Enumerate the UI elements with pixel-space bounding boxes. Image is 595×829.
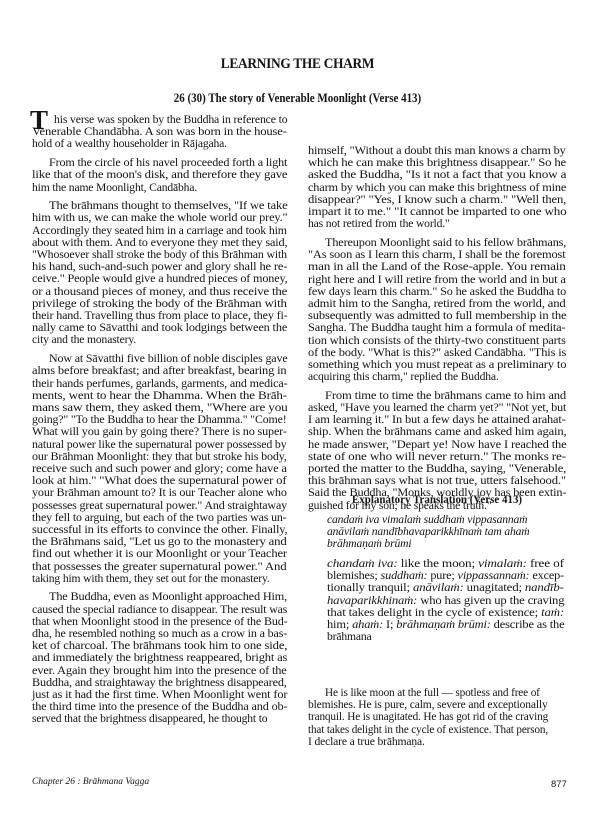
story-subtitle: 26 (30) The story of Venerable Moonlight…: [30, 91, 566, 106]
text-line: has not retired from the world.": [308, 218, 450, 230]
text-line: alms before breakfast; and after breakfa…: [32, 365, 287, 377]
text-line: "Whosoever shall stroke the body of this…: [32, 249, 287, 261]
text-line: ket of charcoal. The brāhmans took him t…: [32, 640, 287, 652]
verse-line: anāvilaṁ nandībhavaparikkhīnaṁ tam ahaṁ: [327, 526, 530, 538]
text-line: just as it had the first time. When Moon…: [32, 689, 287, 701]
gloss-text: him;: [327, 618, 352, 631]
gloss-text: pure;: [427, 569, 457, 582]
text-line: "As soon as I learn this charm, I shall …: [308, 249, 566, 261]
text-line: state of one who will never return." The…: [308, 451, 566, 463]
text-line: hold of a wealthy householder in Rājagah…: [32, 138, 227, 150]
text-line: dha, he resembled nothing so much as a c…: [32, 628, 287, 640]
text-line: Buddha, and straightaway the brightness …: [32, 677, 287, 689]
page-number: 877: [551, 779, 567, 790]
text-line: successful in its efforts to convince th…: [32, 524, 287, 536]
text-line: nally came to Sāvatthi and took lodgings…: [32, 322, 287, 334]
gloss-text: unagitated;: [464, 581, 525, 594]
text-line: city and the monastery.: [32, 334, 136, 346]
text-line: possesses great supernatural power." And…: [32, 500, 287, 512]
text-line: receive such and such power and glory; c…: [32, 463, 287, 475]
summary-line: tranquil. He is unagitated. He has got r…: [308, 711, 548, 723]
summary-line: that takes delight in the cycle of exist…: [308, 724, 548, 736]
glossary-line: tionally tranquil; anāvilaṁ: unagitated;…: [327, 582, 564, 594]
glossary-line: chandaṁ iva: like the moon; vimalaṁ: fre…: [327, 558, 564, 570]
text-line: that when Moonlight stood in the presenc…: [32, 616, 287, 628]
text-line: The brāhmans thought to themselves, "If …: [49, 200, 288, 212]
pali-term: anāvilaṁ:: [413, 581, 464, 594]
text-line: their hand. Travelling thus from place t…: [32, 310, 288, 322]
text-line: about with them. And to everyone they me…: [32, 237, 287, 249]
text-line: impart it to me." "It cannot be imparted…: [308, 206, 567, 218]
text-line: acquiring this charm," replied the Buddh…: [308, 371, 499, 383]
glossary-line: him; ahaṁ: I; brāhmaṇaṁ brūmi: describe …: [327, 619, 564, 631]
text-line: served that the brightness disappeared, …: [32, 713, 267, 725]
text-line: they fell to arguing, but each of the tw…: [32, 512, 286, 524]
glossary-line: havaparikkhinaṁ: who has given up the cr…: [327, 595, 564, 607]
text-line: caused the special radiance to disappear…: [32, 604, 287, 616]
summary-line: blemishes. He is pure, calm, severe and …: [308, 699, 548, 711]
text-line: your Brāhman amount to? It is our Teache…: [32, 487, 287, 499]
document-page: LEARNING THE CHARM 26 (30) The story of …: [0, 0, 595, 829]
glossary-line: brāhmana: [327, 631, 372, 643]
gloss-text: like the moon;: [398, 557, 479, 570]
text-line: admit him to the Sangha, retired from th…: [308, 298, 566, 310]
page-title: LEARNING THE CHARM: [24, 56, 571, 73]
gloss-text: excep-: [529, 569, 563, 582]
text-line: I am learning it." In but a few days he …: [308, 414, 566, 426]
gloss-text: blemishes;: [327, 569, 381, 582]
text-line: Venerable Chandābha. A son was born in t…: [32, 126, 287, 138]
pali-term: vimalaṁ:: [478, 557, 527, 570]
pali-term: havaparikkhinaṁ:: [327, 594, 417, 607]
text-line: ever. Again they brought him into the pr…: [32, 665, 287, 677]
text-line: man in all the Land of the Rose-apple. Y…: [308, 261, 566, 273]
text-line: Now at Sāvatthi five billion of noble di…: [49, 353, 287, 365]
gloss-text: free of: [527, 557, 564, 570]
text-line: What will you gain by going there? There…: [32, 426, 287, 438]
text-line: himself, "Without a doubt this man knows…: [308, 145, 566, 157]
text-line: From the circle of his navel proceeded f…: [49, 157, 287, 169]
text-line: ported the matter to the Buddha, saying,…: [308, 463, 566, 475]
text-line: subsequently was admitted to full member…: [308, 310, 566, 322]
text-line: going?" "To the Buddha to hear the Dhamm…: [32, 414, 287, 426]
text-line: ments, went to hear the Dhamma. When the…: [32, 390, 287, 402]
verse-line: brāhmaṇaṁ brūmi: [327, 538, 411, 550]
text-line: right here and I will retire from the wo…: [308, 274, 566, 286]
pali-term: taṁ:: [541, 606, 564, 619]
text-line: him the name Moonlight, Candābha.: [32, 182, 197, 194]
text-line: ship. When the brāhmans came and asked h…: [308, 426, 566, 438]
text-line: find out whether it is our Moonlight or …: [32, 548, 287, 560]
text-line: Sangha. The Buddha taught him a formula …: [308, 322, 565, 334]
text-line: Thereupon Moonlight said to his fellow b…: [325, 237, 566, 249]
text-line: this brāhman says what is not true, utte…: [308, 475, 566, 487]
gloss-text: describe as the: [491, 618, 565, 631]
text-line: charm by which you can make this brightn…: [308, 182, 566, 194]
text-line: their hands perfumes, garlands, garments…: [32, 378, 287, 390]
text-line: him with us, we can make the whole world…: [32, 212, 287, 224]
pali-term: ahaṁ:: [352, 618, 383, 631]
pali-term: suddhaṁ:: [381, 569, 428, 582]
text-line: few days learn this charm." So he asked …: [308, 286, 566, 298]
text-line: something which you must repeat as a pre…: [308, 359, 566, 371]
text-line: asked, "Have you learned the charm yet?"…: [308, 402, 566, 414]
gloss-text: who has given up the craving: [417, 594, 564, 607]
pali-term: chandaṁ iva:: [327, 557, 398, 570]
text-line: his hand, such-and-such power and glory …: [32, 261, 287, 273]
pali-term: brāhmaṇaṁ brūmi:: [396, 618, 490, 631]
text-line: like that of the moon's disk, and theref…: [32, 169, 287, 181]
text-line: look at him." "What does the supernatura…: [32, 475, 286, 487]
text-line: ceive." People would give a hundred piec…: [32, 273, 287, 285]
text-line: privilege of stroking the body of the Br…: [32, 298, 287, 310]
text-line: The Buddha, even as Moonlight approached…: [49, 591, 287, 603]
chapter-footer: Chapter 26 : Brāhmana Vagga: [32, 777, 149, 787]
gloss-text: I;: [383, 618, 396, 631]
text-line: and immediately the brightness reappeare…: [32, 652, 287, 664]
text-line: or a thousand pieces of money, and thus …: [32, 286, 287, 298]
verse-line: candaṁ iva vimalaṁ suddhaṁ vippasannaṁ: [327, 514, 527, 526]
text-line: mans saw them, they asked them, "Where a…: [32, 402, 288, 414]
text-line: Accordingly they seated him in a carriag…: [32, 225, 287, 237]
text-line: natural power like the supernatural powe…: [32, 439, 286, 451]
summary-line: I declare a true brāhmaṇa.: [308, 736, 425, 748]
text-line: From time to time the brāhmans came to h…: [325, 390, 566, 402]
glossary-line: blemishes; suddhaṁ: pure; vippassannaṁ: …: [327, 570, 564, 582]
text-line: which he can make this brightness disapp…: [308, 157, 566, 169]
gloss-text: tionally tranquil;: [327, 581, 413, 594]
gloss-text: that takes delight in the cycle of exist…: [327, 606, 541, 619]
text-line: his verse was spoken by the Buddha in re…: [54, 114, 287, 126]
summary-line: He is like moon at the full — spotless a…: [325, 687, 540, 699]
text-line: the third time into the presence of the …: [32, 701, 287, 713]
text-line: the Brāhmans said, "Let us go to the mon…: [32, 536, 287, 548]
text-line: he made answer, "Depart ye! Now have I r…: [308, 439, 567, 451]
gloss-text: brāhmana: [327, 630, 372, 643]
text-line: that possesses the greater supernatural …: [32, 561, 286, 573]
text-line: of the body. "What is this?" asked Candā…: [308, 347, 566, 359]
text-line: taking him with them, they set out for t…: [32, 573, 270, 585]
glossary-line: that takes delight in the cycle of exist…: [327, 607, 564, 619]
text-line: tion which consists of the thirty-two co…: [308, 335, 566, 347]
pali-term: nandīb-: [525, 581, 564, 594]
explanatory-heading: Explanatory Translation (Verse 413): [317, 492, 557, 507]
pali-term: vippassannaṁ:: [458, 569, 530, 582]
text-line: our Brāhman Moonlight: they that but str…: [32, 451, 287, 463]
text-line: disappear?" "Yes, I know such a charm." …: [308, 194, 566, 206]
text-line: asked the Buddha, "Is it not a fact that…: [308, 169, 566, 181]
